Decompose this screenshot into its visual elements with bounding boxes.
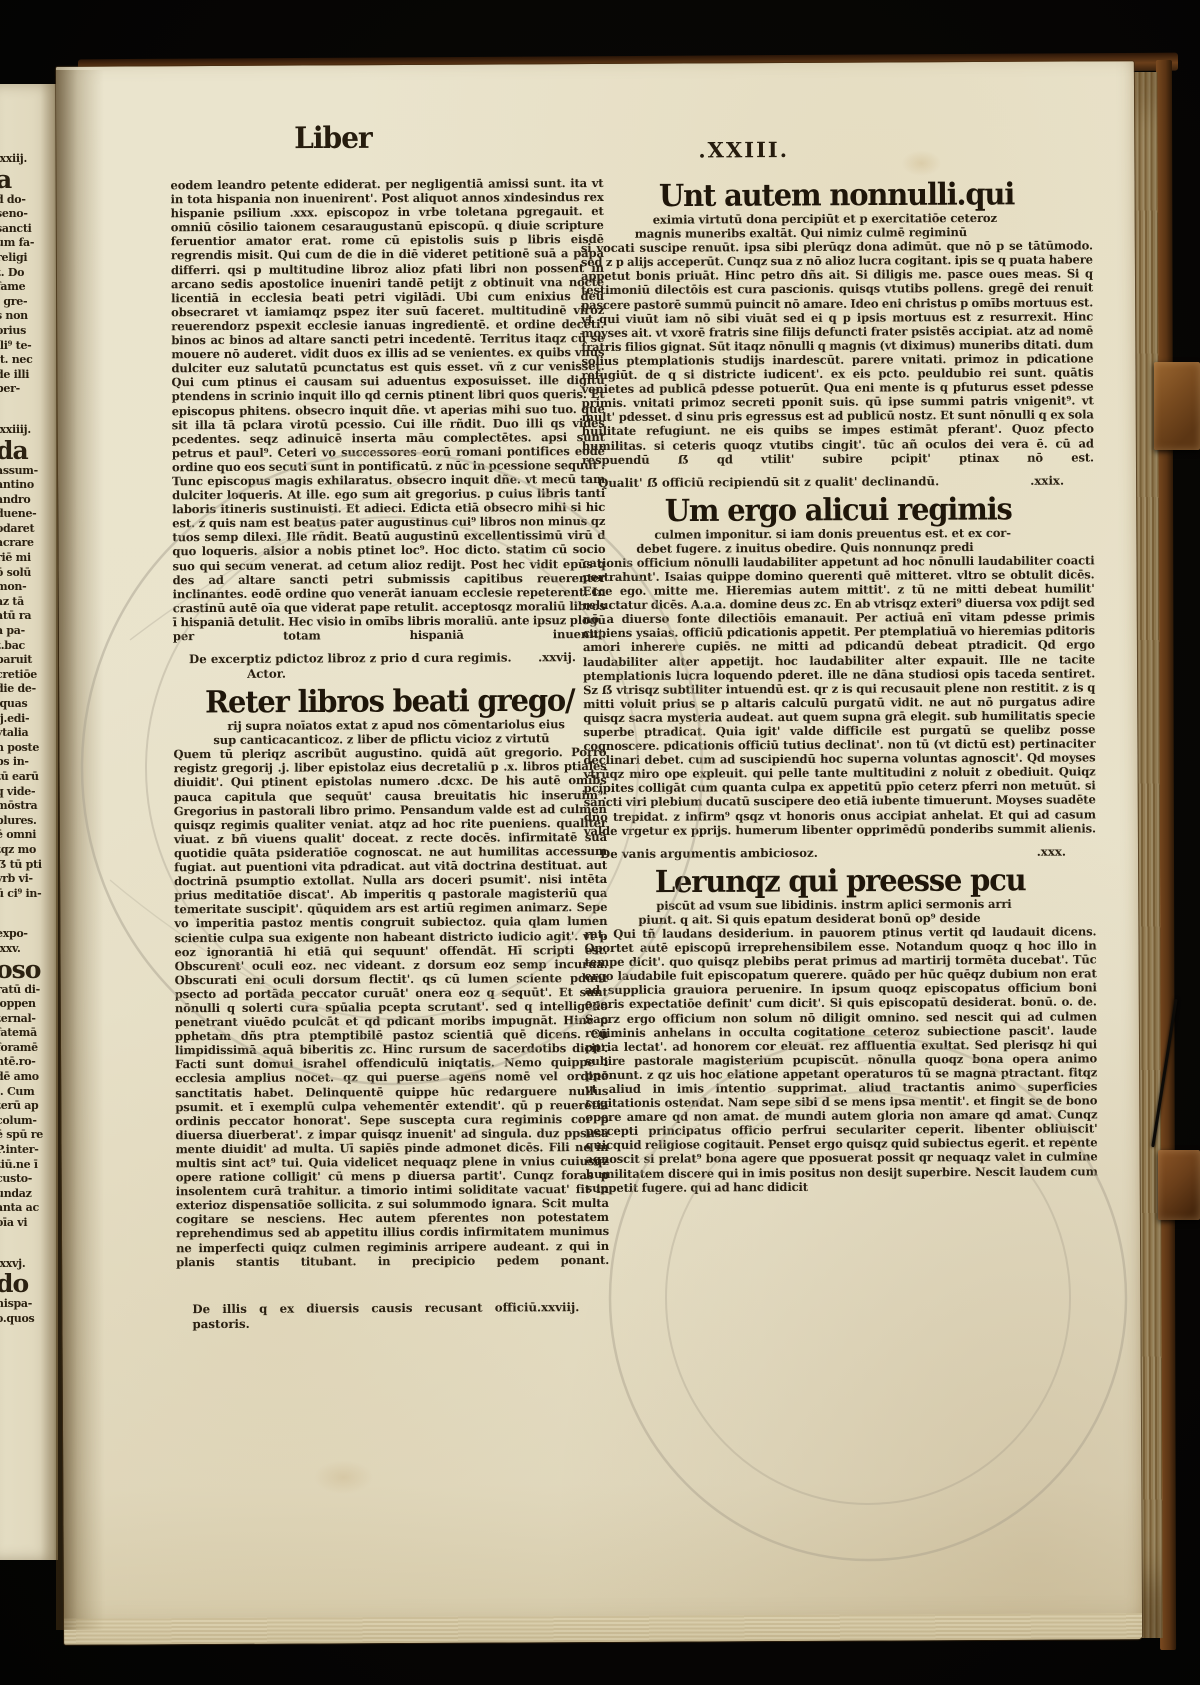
facing-page-sliver: .xxiij.ad do-seno-sanctium fa-religit. D…: [0, 84, 58, 1560]
margin-fragment-line: colum-: [0, 1114, 56, 1129]
page: Liber .XXIII. eodem leandro petente edid…: [56, 61, 1142, 1645]
margin-fragment-line: o.quos: [0, 1312, 56, 1327]
chapter-rubric-de-illis: De illis q ex diuersis causis recusant o…: [176, 1297, 609, 1332]
chapter-heading-plerunque: Lerunqz qui preesse pcu: [584, 862, 1096, 899]
margin-fragment-line: fame: [0, 280, 56, 295]
margin-fragment-line: i. Cum: [0, 1085, 56, 1100]
margin-fragment-line: antino: [0, 478, 56, 493]
margin-fragment-line: riē mi: [0, 551, 56, 566]
leather-clasp-strap-bottom: [1158, 1150, 1200, 1220]
chapter-heading-cum-ergo: Um ergo alicui regimis: [582, 491, 1094, 528]
rubric-label: De vanis argumentis ambiciosoz.: [600, 846, 818, 862]
margin-fragment-line: vrb vi-: [0, 872, 56, 887]
margin-fragment-line: per-: [0, 382, 56, 397]
margin-fragment-line: ẞ tū pti: [0, 858, 56, 873]
right-paragraph-1: si vocati suscipe renuūt. ipsa sibi pler…: [581, 239, 1094, 467]
margin-fragment-line: it. nec: [0, 353, 56, 368]
margin-fragment-line: ratū di-: [0, 983, 56, 998]
margin-fragment-line: oso: [0, 957, 56, 983]
margin-fragment-line: do: [0, 1271, 56, 1297]
facing-page-fragments: .xxiij.ad do-seno-sanctium fa-religit. D…: [0, 152, 56, 1326]
rubric-label: Qualit' ẞ officiū recipiendū sit z quali…: [598, 474, 939, 491]
margin-fragment-line: tū earū: [0, 770, 56, 785]
leather-clasp-strap-top: [1154, 362, 1200, 450]
margin-fragment-line: atū ra: [0, 609, 56, 624]
margin-fragment-line: paruit: [0, 653, 56, 668]
margin-fragment-line: tiū.ne ī: [0, 1158, 56, 1173]
margin-fragment-line: ij.edi-: [0, 712, 56, 727]
margin-fragment-line: odaret: [0, 522, 56, 537]
left-paragraph-2: Quem tū pleriqz ascribūt augustino. quid…: [173, 745, 609, 1269]
margin-fragment-line: n poste: [0, 741, 56, 756]
margin-fragment-line: um fa-: [0, 236, 56, 251]
rubric-chapter-number: .xxvij.: [538, 650, 576, 665]
margin-fragment-line: bs in-: [0, 755, 56, 770]
margin-fragment-line: terū ap: [0, 1099, 56, 1114]
margin-fragment-line: orius: [0, 324, 56, 339]
rubric-label: De illis q ex diuersis causis recusant o…: [192, 1300, 537, 1332]
margin-fragment-line: ō solū: [0, 566, 56, 581]
margin-fragment-line: assum-: [0, 464, 56, 479]
margin-fragment-line: tqz mo: [0, 843, 56, 858]
foxing-stain: [901, 150, 941, 176]
rubric-author-note: Actor.: [173, 665, 606, 682]
foxing-stain: [313, 1460, 373, 1494]
margin-fragment-line: fatemā: [0, 1026, 56, 1041]
margin-fragment-line: q vide-: [0, 785, 56, 800]
margin-fragment-line: dē amo: [0, 1070, 56, 1085]
margin-fragment-line: anta ac: [0, 1201, 56, 1216]
rubric-chapter-number: .xxviij.: [537, 1300, 580, 1330]
margin-fragment-line: ternal-: [0, 1012, 56, 1027]
gutter-shadow: [56, 70, 104, 1630]
margin-fragment-line: de illi: [0, 368, 56, 383]
margin-fragment-line: az tā: [0, 595, 56, 610]
margin-fragment-line: a pa-: [0, 624, 56, 639]
margin-fragment-line: expo-: [0, 927, 56, 942]
rubric-label: De excerptiz pdictoz libroz z prio d cur…: [189, 651, 512, 668]
right-paragraph-2: cationis officium nōnulli laudabiliter a…: [582, 553, 1095, 838]
margin-fragment-line: t.bac: [0, 639, 56, 654]
page-bottom-leaf-edges: [64, 1613, 1142, 1645]
margin-fragment-line: ē omni: [0, 828, 56, 843]
margin-fragment-line: i gre-: [0, 295, 56, 310]
margin-fragment-line: hispa-: [0, 1297, 56, 1312]
left-paragraph-1: eodem leandro petente ediderat. per negl…: [170, 176, 605, 643]
chapter-rubric-excerpts: De excerptiz pdictoz libroz z prio d cur…: [173, 647, 606, 667]
margin-fragment-line: custo-: [0, 1172, 56, 1187]
margin-fragment-line: ū ci⁹ in-: [0, 887, 56, 902]
running-title: Liber: [294, 120, 372, 155]
margin-fragment-line: duene-: [0, 507, 56, 522]
margin-fragment-line: d do-: [0, 193, 56, 208]
chapter-rubric-de-vanis: De vanis argumentis ambiciosoz. .xxx.: [584, 841, 1096, 862]
margin-fragment-line: sancti: [0, 222, 56, 237]
margin-fragment-line: t. Do: [0, 266, 56, 281]
margin-fragment-line: ytalia: [0, 726, 56, 741]
margin-fragment-line: ntē.ro-: [0, 1055, 56, 1070]
margin-fragment-line: cretiōe: [0, 668, 56, 683]
margin-fragment-line: undaz: [0, 1187, 56, 1202]
margin-fragment-line: oīa vi: [0, 1216, 56, 1231]
margin-fragment-line: P.inter-: [0, 1143, 56, 1158]
rubric-chapter-number: .xxix.: [1030, 473, 1064, 488]
chapter-heading-preter-libros: Reter libros beati grego/: [173, 683, 606, 720]
margin-fragment-line: ē spū re: [0, 1128, 56, 1143]
margin-fragment-line: seno-: [0, 207, 56, 222]
margin-fragment-line: acrare: [0, 536, 56, 551]
left-text-column: eodem leandro petente ediderat. per negl…: [170, 176, 609, 1332]
chapter-rubric-qualiter: Qualit' ẞ officiū recipiendū sit z quali…: [582, 470, 1094, 491]
margin-fragment-line: foramē: [0, 1041, 56, 1056]
margin-fragment-line: religi: [0, 251, 56, 266]
margin-fragment-line: andro: [0, 493, 56, 508]
margin-fragment-line: .quas: [0, 697, 56, 712]
rubric-chapter-number: .xxx.: [1037, 844, 1066, 859]
right-text-column: Unt autem nonnulli.qui eximia virtutū do…: [580, 177, 1097, 1194]
margin-fragment-line: .oppen: [0, 997, 56, 1012]
margin-fragment-line: lli⁹ te-: [0, 339, 56, 354]
margin-fragment-line: a: [0, 167, 56, 193]
margin-fragment-line: mon-: [0, 580, 56, 595]
margin-fragment-line: s non: [0, 309, 56, 324]
margin-fragment-line: die de-: [0, 682, 56, 697]
margin-fragment-line: da: [0, 438, 56, 464]
book-photo: .xxiij.ad do-seno-sanctium fa-religit. D…: [0, 0, 1200, 1685]
margin-fragment-line: plures.: [0, 814, 56, 829]
margin-fragment-line: mōstra: [0, 799, 56, 814]
right-paragraph-3: rat. Qui tñ laudans desiderium. in pauor…: [584, 924, 1097, 1194]
chapter-heading-sunt-autem: Unt autem nonnulli.qui: [580, 177, 1092, 214]
page-number: .XXIII.: [698, 137, 789, 162]
